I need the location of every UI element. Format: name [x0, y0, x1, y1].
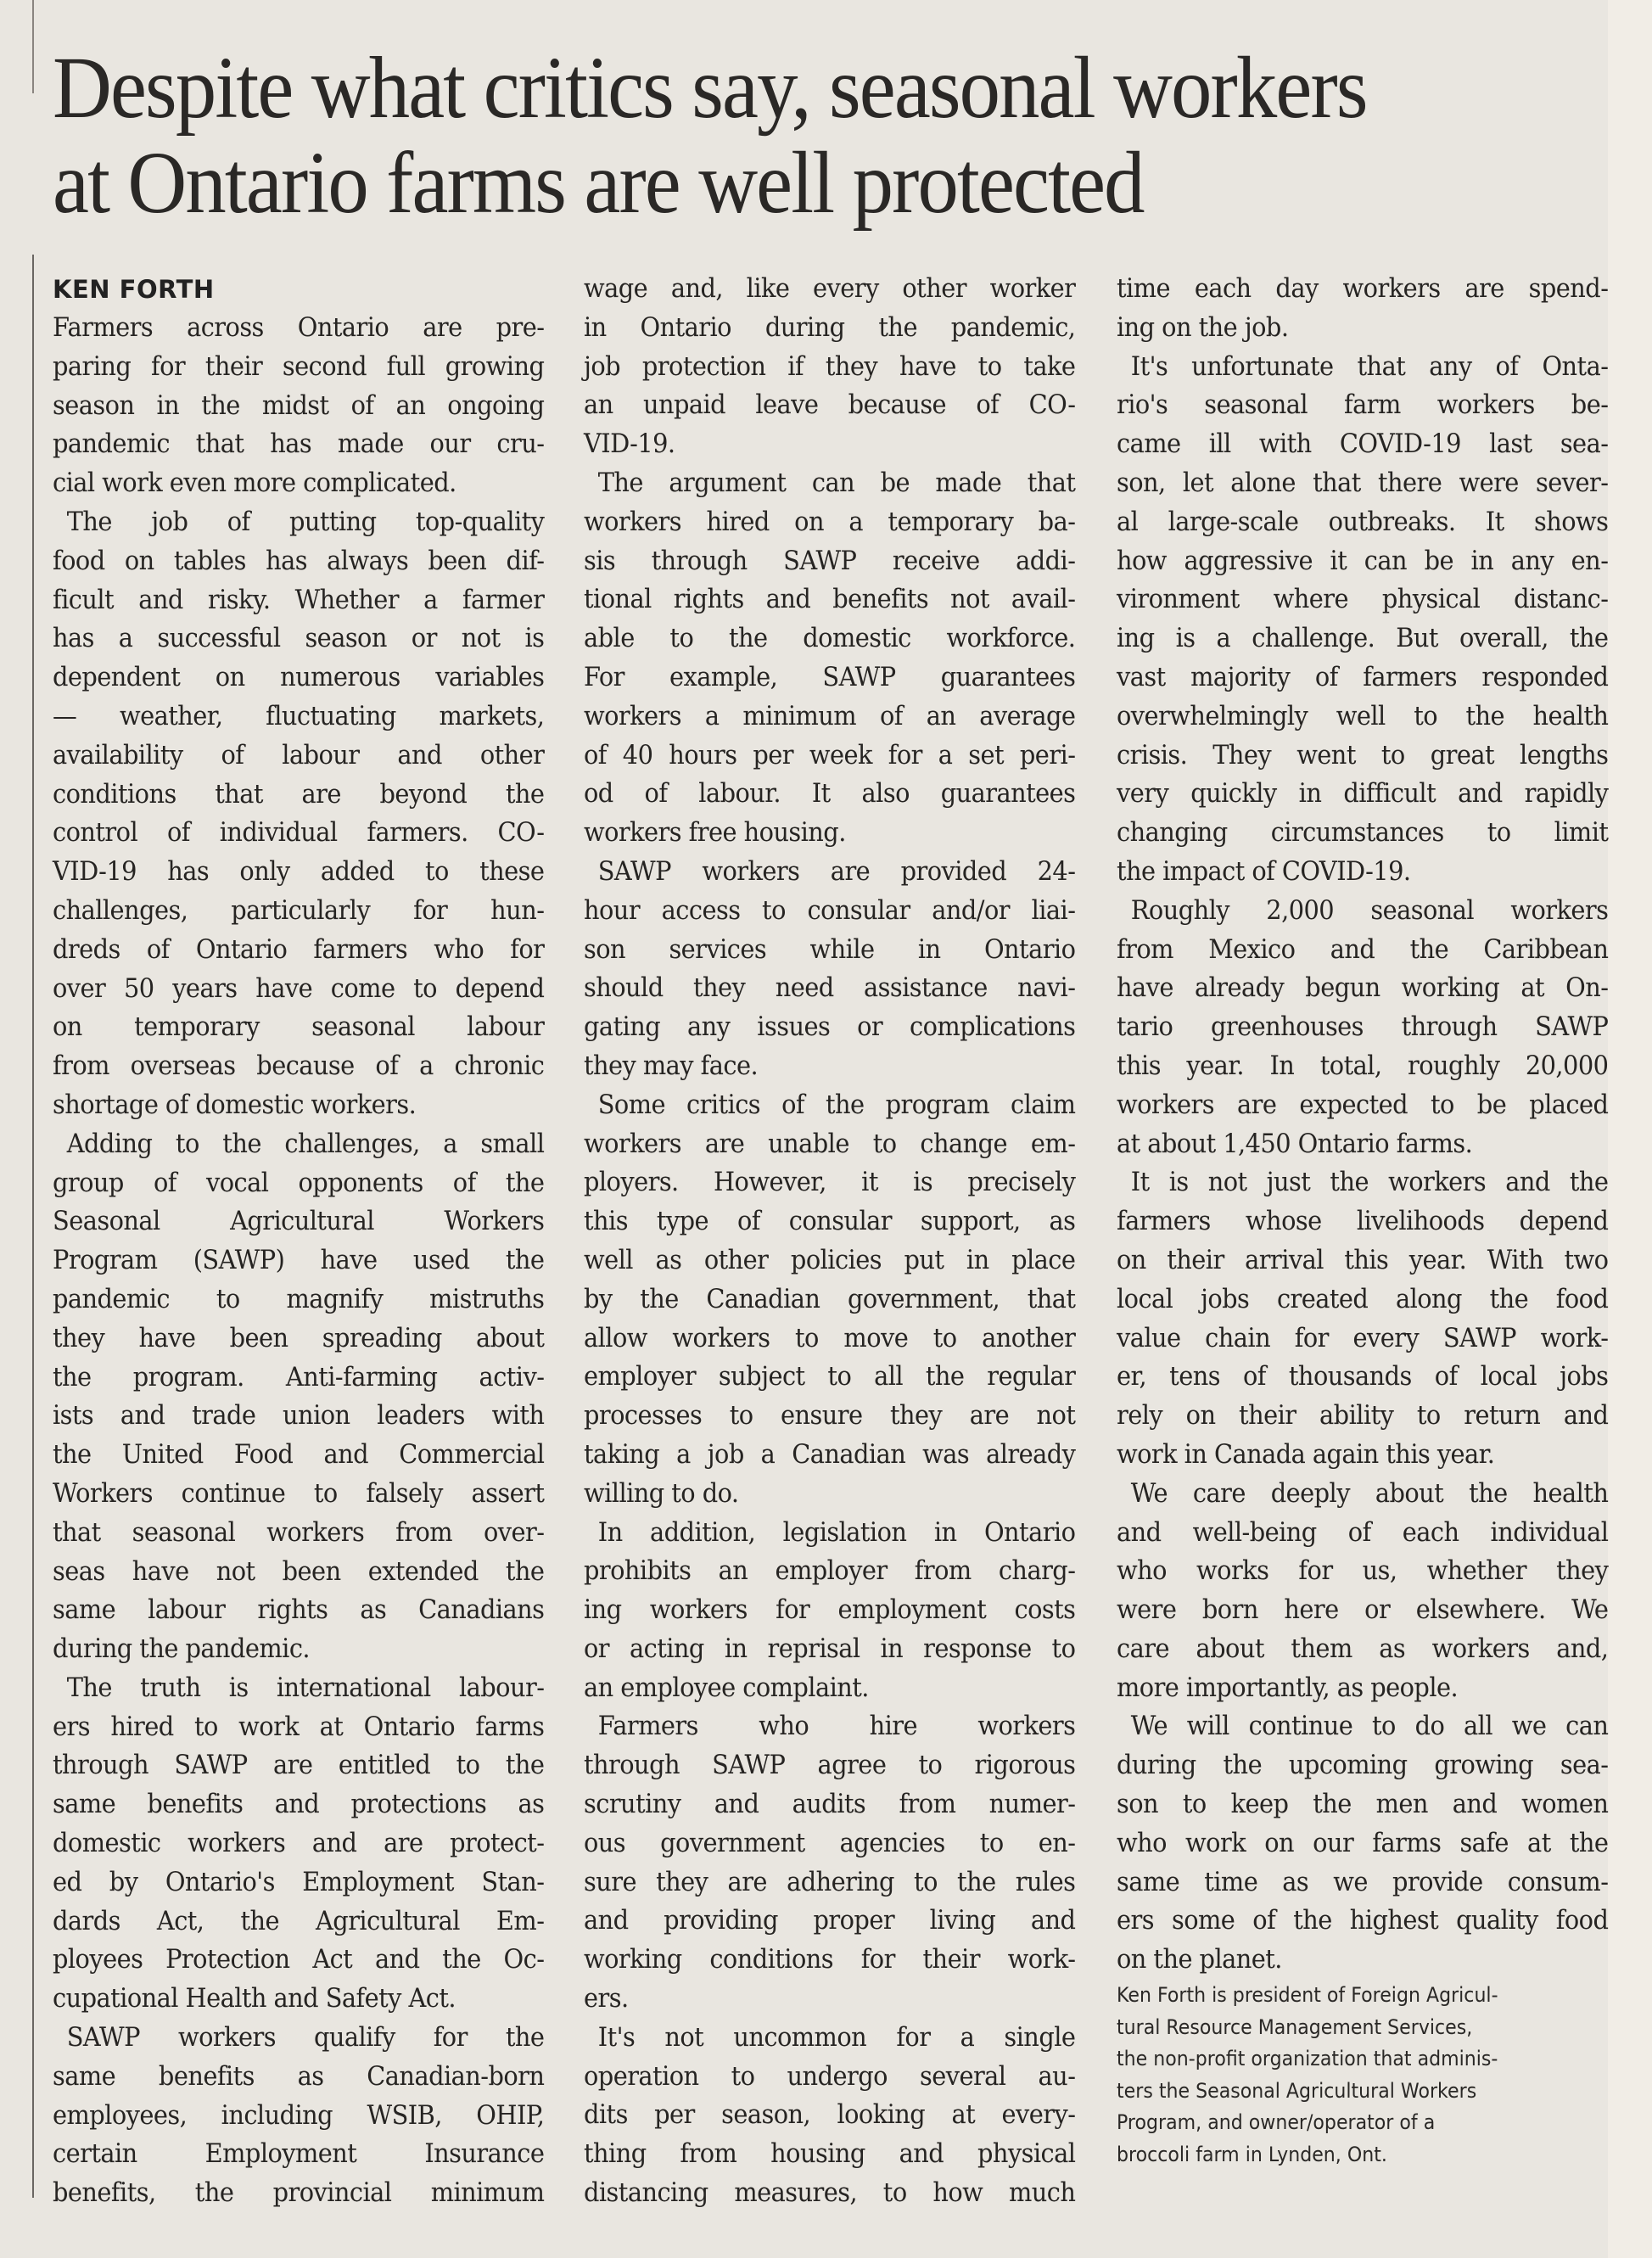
article-text-line: employer subject to all the regular: [584, 1358, 1075, 1397]
article-text-line: sure they are adhering to the rules: [584, 1863, 1075, 1902]
author-bio-line: Ken Forth is president of Foreign Agricu…: [1117, 1980, 1570, 2012]
article-text-line: dits per season, looking at every-: [584, 2096, 1075, 2135]
article-text-line: challenges, particularly for hun-: [53, 892, 544, 931]
article-text-line: workers hired on a temporary ba-: [584, 503, 1075, 542]
article-text-line: vironment where physical distanc-: [1117, 580, 1608, 619]
article-text-line: who works for us, whether they: [1117, 1552, 1608, 1591]
author-bio-line: Program, and owner/operator of a: [1117, 2107, 1570, 2139]
article-text-line: season in the midst of an ongoing: [53, 387, 544, 426]
article-column-1: KEN FORTH Farmers across Ontario are pre…: [53, 270, 545, 2213]
article-text-line: well as other policies put in place: [584, 1241, 1075, 1280]
article-text-line: The job of putting top-quality: [53, 503, 544, 542]
newspaper-page: Despite what critics say, seasonal worke…: [0, 0, 1608, 2258]
article-text-line: and providing proper living and: [584, 1902, 1075, 1941]
article-text-line: The argument can be made that: [584, 464, 1075, 503]
article-text-line: od of labour. It also guarantees: [584, 775, 1075, 814]
article-text-line: taking a job a Canadian was already: [584, 1436, 1075, 1475]
article-text-line: Farmers across Ontario are pre-: [53, 309, 544, 348]
article-text-line: processes to ensure they are not: [584, 1397, 1075, 1436]
article-text-line: paring for their second full growing: [53, 348, 544, 387]
article-text-line: We care deeply about the health: [1117, 1475, 1608, 1514]
article-text-line: control of individual farmers. CO-: [53, 814, 544, 853]
article-text-line: benefits, the provincial minimum: [53, 2174, 544, 2213]
article-text-line: same benefits as Canadian-born: [53, 2058, 544, 2097]
article-text-line: Adding to the challenges, a small: [53, 1125, 544, 1164]
article-text-line: ers some of the highest quality food: [1117, 1902, 1608, 1941]
author-bio-line: ters the Seasonal Agricultural Workers: [1117, 2076, 1570, 2108]
column-rule: [32, 255, 34, 2198]
article-text-line: during the pandemic.: [53, 1630, 544, 1669]
article-text-line: It's not uncommon for a single: [584, 2019, 1075, 2058]
article-text-line: pandemic to magnify mistruths: [53, 1280, 544, 1320]
article-text-line: cupational Health and Safety Act.: [53, 1980, 544, 2019]
article-text-line: son, let alone that there were sever-: [1117, 464, 1608, 503]
article-text-line: ployees Protection Act and the Oc-: [53, 1941, 544, 1980]
article-text-line: working conditions for their work-: [584, 1941, 1075, 1980]
article-text-line: dreds of Ontario farmers who for: [53, 931, 544, 970]
article-text-line: Program (SAWP) have used the: [53, 1241, 544, 1280]
article-text-line: scrutiny and audits from numer-: [584, 1785, 1075, 1824]
article-text-line: the program. Anti-farming activ-: [53, 1359, 544, 1398]
author-bio-line: broccoli farm in Lynden, Ont.: [1117, 2139, 1570, 2171]
article-text-line: job protection if they have to take: [584, 348, 1075, 387]
article-text-line: tario greenhouses through SAWP: [1117, 1008, 1608, 1047]
article-text-line: ficult and risky. Whether a farmer: [53, 581, 544, 620]
article-text-line: they may face.: [584, 1047, 1075, 1086]
article-text-line: changing circumstances to limit: [1117, 814, 1608, 853]
article-text-line: on temporary seasonal labour: [53, 1008, 544, 1047]
article-text-line: very quickly in difficult and rapidly: [1117, 775, 1608, 814]
article-text-line: that seasonal workers from over-: [53, 1514, 544, 1553]
article-text-line: vast majority of farmers responded: [1117, 658, 1608, 698]
article-text-line: The truth is international labour-: [53, 1669, 544, 1708]
article-text-line: have already begun working at On-: [1117, 969, 1608, 1008]
article-text-line: tional rights and benefits not avail-: [584, 580, 1075, 619]
article-text-line: care about them as workers and,: [1117, 1630, 1608, 1669]
article-text-line: SAWP workers qualify for the: [53, 2019, 544, 2058]
article-text-line: willing to do.: [584, 1475, 1075, 1514]
article-text-line: over 50 years have come to depend: [53, 970, 544, 1009]
article-text-line: who work on our farms safe at the: [1117, 1824, 1608, 1863]
article-text-line: same labour rights as Canadians: [53, 1591, 544, 1630]
article-text-line: rio's seasonal farm workers be-: [1117, 386, 1608, 425]
article-text-line: dependent on numerous variables: [53, 658, 544, 698]
article-text-line: ing on the job.: [1117, 309, 1608, 348]
article-text-line: sis through SAWP receive addi-: [584, 542, 1075, 581]
article-text-line: hour access to consular and/or liai-: [584, 892, 1075, 931]
article-text-line: VID-19.: [584, 425, 1075, 464]
article-column-3: time each day workers are spend-ing on t…: [1117, 270, 1609, 2171]
article-text-line: this year. In total, roughly 20,000: [1117, 1047, 1608, 1086]
article-text-line: has a successful season or not is: [53, 619, 544, 658]
article-text-line: er, tens of thousands of local jobs: [1117, 1358, 1608, 1397]
article-text-line: prohibits an employer from charg-: [584, 1552, 1075, 1591]
headline-line: Despite what critics say, seasonal worke…: [53, 41, 1489, 136]
article-text-line: same benefits and protections as: [53, 1785, 544, 1824]
article-text-line: allow workers to move to another: [584, 1320, 1075, 1359]
article-text-line: were born here or elsewhere. We: [1117, 1591, 1608, 1630]
article-text-line: or acting in reprisal in response to: [584, 1630, 1075, 1669]
article-text-line: cial work even more complicated.: [53, 464, 544, 503]
article-text-line: same time as we provide consum-: [1117, 1863, 1608, 1902]
article-text-line: of 40 hours per week for a set peri-: [584, 737, 1075, 776]
article-text-line: time each day workers are spend-: [1117, 270, 1608, 309]
article-text-line: during the upcoming growing sea-: [1117, 1746, 1608, 1785]
article-text-line: ers hired to work at Ontario farms: [53, 1708, 544, 1747]
article-text-line: through SAWP agree to rigorous: [584, 1746, 1075, 1785]
article-text-line: al large-scale outbreaks. It shows: [1117, 503, 1608, 542]
article-text-line: pandemic that has made our cru-: [53, 425, 544, 464]
article-text-line: For example, SAWP guarantees: [584, 658, 1075, 698]
article-text-line: more importantly, as people.: [1117, 1669, 1608, 1708]
article-text-line: Workers continue to falsely assert: [53, 1475, 544, 1514]
article-text-line: — weather, fluctuating markets,: [53, 698, 544, 737]
article-text-line: It's unfortunate that any of Onta-: [1117, 348, 1608, 387]
article-text-line: value chain for every SAWP work-: [1117, 1320, 1608, 1359]
article-text-line: work in Canada again this year.: [1117, 1436, 1608, 1475]
article-text-line: and well-being of each individual: [1117, 1514, 1608, 1553]
article-text-line: should they need assistance navi-: [584, 969, 1075, 1008]
article-text-line: on the planet.: [1117, 1941, 1608, 1980]
byline: KEN FORTH: [53, 270, 545, 309]
article-text-line: ing workers for employment costs: [584, 1591, 1075, 1630]
article-text-line: the impact of COVID-19.: [1117, 853, 1608, 892]
article-text-line: this type of consular support, as: [584, 1202, 1075, 1241]
article-text-line: farmers whose livelihoods depend: [1117, 1202, 1608, 1241]
article-text-line: ous government agencies to en-: [584, 1824, 1075, 1863]
article-column-2: wage and, like every other workerin Onta…: [584, 270, 1076, 2213]
article-text-line: ed by Ontario's Employment Stan-: [53, 1863, 544, 1902]
article-text-line: ers.: [584, 1980, 1075, 2019]
article-text-line: Farmers who hire workers: [584, 1707, 1075, 1746]
article-text-line: son to keep the men and women: [1117, 1785, 1608, 1824]
article-text-line: conditions that are beyond the: [53, 776, 544, 815]
headline-line: at Ontario farms are well protected: [53, 136, 1489, 231]
article-text-line: an unpaid leave because of CO-: [584, 386, 1075, 425]
article-text-line: operation to undergo several au-: [584, 2058, 1075, 2097]
article-text-line: food on tables has always been dif-: [53, 542, 544, 581]
article-text-line: shortage of domestic workers.: [53, 1086, 544, 1125]
article-text-line: ployers. However, it is precisely: [584, 1163, 1075, 1202]
article-text-line: thing from housing and physical: [584, 2135, 1075, 2174]
article-text-line: We will continue to do all we can: [1117, 1707, 1608, 1746]
article-text-line: at about 1,450 Ontario farms.: [1117, 1125, 1608, 1164]
article-text-line: Some critics of the program claim: [584, 1086, 1075, 1125]
article-text-line: distancing measures, to how much: [584, 2174, 1075, 2213]
article-text-line: how aggressive it can be in any en-: [1117, 542, 1608, 581]
article-text-line: employees, including WSIB, OHIP,: [53, 2097, 544, 2136]
article-text-line: gating any issues or complications: [584, 1008, 1075, 1047]
article-text-line: workers are unable to change em-: [584, 1125, 1075, 1164]
article-text-line: workers free housing.: [584, 814, 1075, 853]
article-text-line: son services while in Ontario: [584, 931, 1075, 970]
article-text-line: domestic workers and are protect-: [53, 1824, 544, 1863]
article-text-line: ists and trade union leaders with: [53, 1397, 544, 1436]
author-bio: Ken Forth is president of Foreign Agricu…: [1117, 1980, 1609, 2171]
article-text-line: workers are expected to be placed: [1117, 1086, 1608, 1125]
article-text-line: rely on their ability to return and: [1117, 1397, 1608, 1436]
article-text-line: came ill with COVID-19 last sea-: [1117, 425, 1608, 464]
article-text-line: wage and, like every other worker: [584, 270, 1075, 309]
article-text-line: availability of labour and other: [53, 737, 544, 776]
author-bio-line: the non-profit organization that adminis…: [1117, 2043, 1570, 2076]
article-text-line: through SAWP are entitled to the: [53, 1746, 544, 1785]
article-text-line: on their arrival this year. With two: [1117, 1241, 1608, 1280]
article-text-line: Roughly 2,000 seasonal workers: [1117, 892, 1608, 931]
article-text-line: the United Food and Commercial: [53, 1436, 544, 1475]
article-text-line: dards Act, the Agricultural Em-: [53, 1902, 544, 1941]
article-text-line: In addition, legislation in Ontario: [584, 1514, 1075, 1553]
article-text-line: ing is a challenge. But overall, the: [1117, 619, 1608, 658]
article-text-line: local jobs created along the food: [1117, 1280, 1608, 1320]
article-text-line: an employee complaint.: [584, 1669, 1075, 1708]
article-text-line: SAWP workers are provided 24-: [584, 853, 1075, 892]
article-text-line: It is not just the workers and the: [1117, 1163, 1608, 1202]
article-text-line: overwhelmingly well to the health: [1117, 698, 1608, 737]
column-rule: [32, 0, 34, 93]
author-bio-line: tural Resource Management Services,: [1117, 2012, 1570, 2044]
article-text-line: they have been spreading about: [53, 1320, 544, 1359]
article-text-line: group of vocal opponents of the: [53, 1164, 544, 1203]
headline: Despite what critics say, seasonal worke…: [53, 41, 1489, 231]
article-text-line: workers a minimum of an average: [584, 698, 1075, 737]
article-text-line: able to the domestic workforce.: [584, 619, 1075, 658]
article-text-line: Seasonal Agricultural Workers: [53, 1202, 544, 1241]
article-text-line: VID-19 has only added to these: [53, 853, 544, 892]
article-text-line: by the Canadian government, that: [584, 1280, 1075, 1320]
article-text-line: in Ontario during the pandemic,: [584, 309, 1075, 348]
article-text-line: crisis. They went to great lengths: [1117, 737, 1608, 776]
article-text-line: certain Employment Insurance: [53, 2135, 544, 2174]
article-text-line: from overseas because of a chronic: [53, 1047, 544, 1086]
article-text-line: from Mexico and the Caribbean: [1117, 931, 1608, 970]
article-text-line: seas have not been extended the: [53, 1553, 544, 1592]
